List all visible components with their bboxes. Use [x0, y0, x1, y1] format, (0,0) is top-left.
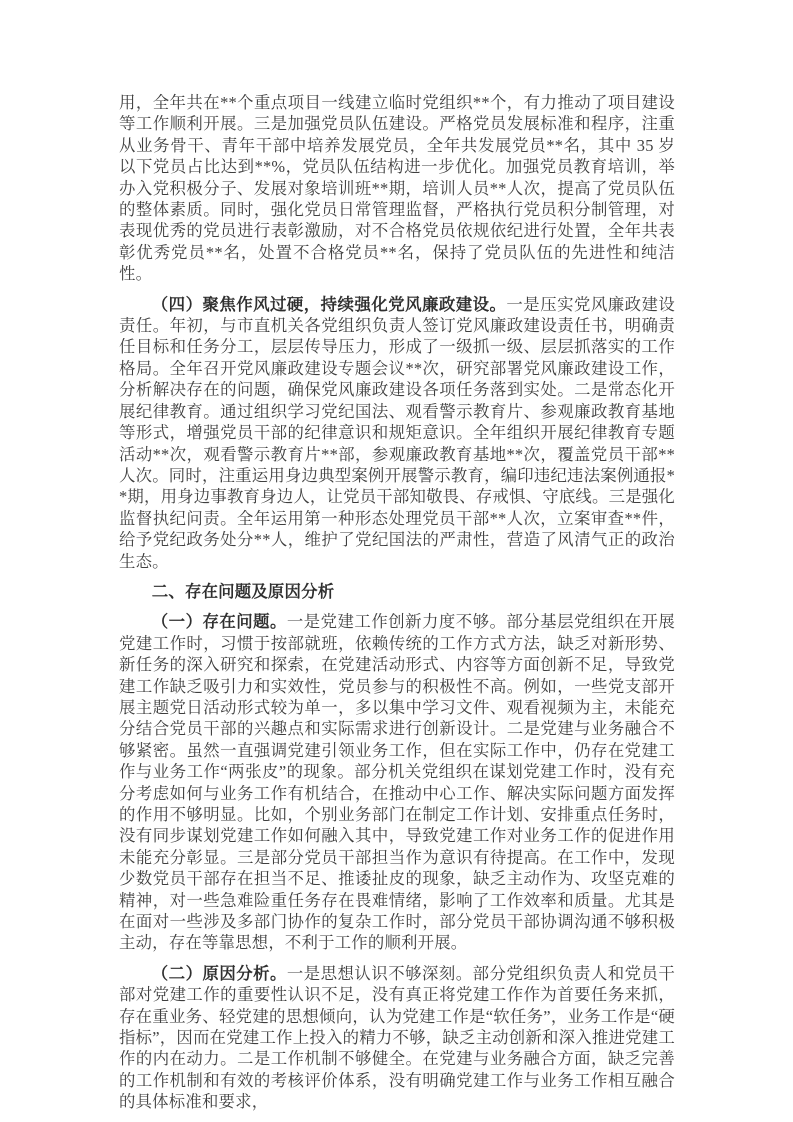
paragraph-section-4-text: 一是压实党风廉政建设责任。年初，与市直机关各党组织负责人签订党风廉政建设责任书，…: [119, 295, 675, 571]
document-page: 用，全年共在**个重点项目一线建立临时党组织**个，有力推动了项目建设等工作顺利…: [0, 0, 793, 1122]
paragraph-section-4-lead: （四）聚焦作风过硬，持续强化党风廉政建设。: [152, 295, 507, 314]
paragraph-section-4: （四）聚焦作风过硬，持续强化党风廉政建设。一是压实党风廉政建设责任。年初，与市直…: [119, 294, 675, 572]
chapter-heading-text: 二、存在问题及原因分析: [152, 582, 335, 601]
paragraph-causes-text: 一是思想认识不够深刻。部分党组织负责人和党员干部对党建工作的重要性认识不足，没有…: [119, 964, 675, 1111]
chapter-heading: 二、存在问题及原因分析: [119, 581, 675, 602]
paragraph-continuation-text: 用，全年共在**个重点项目一线建立临时党组织**个，有力推动了项目建设等工作顺利…: [119, 93, 675, 283]
paragraph-causes: （二）原因分析。一是思想认识不够深刻。部分党组织负责人和党员干部对党建工作的重要…: [119, 963, 675, 1113]
paragraph-causes-lead: （二）原因分析。: [152, 964, 287, 983]
paragraph-continuation: 用，全年共在**个重点项目一线建立临时党组织**个，有力推动了项目建设等工作顺利…: [119, 92, 675, 285]
paragraph-problems: （一）存在问题。一是党建工作创新力度不够。部分基层党组织在开展党建工作时，习惯于…: [119, 611, 675, 954]
paragraph-problems-lead: （一）存在问题。: [152, 612, 287, 631]
paragraph-problems-text: 一是党建工作创新力度不够。部分基层党组织在开展党建工作时，习惯于按部就班，依赖传…: [119, 612, 675, 952]
